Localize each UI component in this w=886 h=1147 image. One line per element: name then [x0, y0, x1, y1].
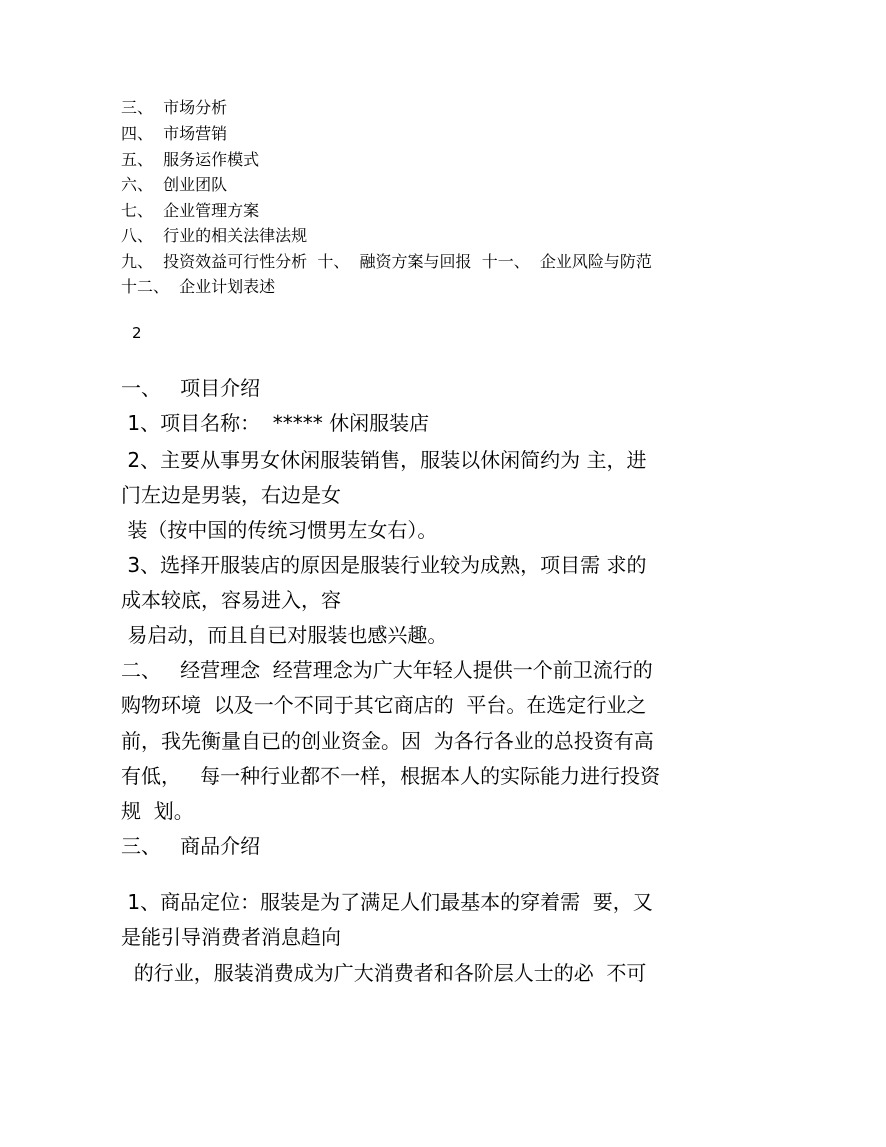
paragraph-line: 易启动，而且自已对服装也感兴趣。 [121, 625, 447, 645]
page-number: 2 [132, 326, 142, 341]
toc-item: 八、 行业的相关法律法规 [121, 228, 307, 244]
paragraph-line: 的行业，服装消费成为广大消费者和各阶层人士的必 不可 [121, 963, 646, 983]
paragraph-line: 购物环境 以及一个不同于其它商店的 平台。在选定行业之 [121, 695, 646, 715]
paragraph-line: 有低， 每一种行业都不一样，根据本人的实际能力进行投资 [121, 766, 660, 786]
section-heading: 一、 项目介绍 [121, 378, 260, 398]
paragraph-line: 成本较底，容易进入，容 [121, 590, 341, 610]
toc-item: 五、 服务运作模式 [121, 152, 259, 168]
paragraph-line: 1、项目名称： ***** 休闲服装店 [121, 413, 429, 433]
toc-item: 三、 市场分析 [121, 100, 227, 116]
toc-item: 四、 市场营销 [121, 126, 227, 142]
paragraph-line: 装（按中国的传统习惯男左女右）。 [121, 520, 437, 540]
paragraph-line: 前，我先衡量自已的创业资金。因 为各行各业的总投资有高 [121, 731, 654, 751]
section-heading: 三、 商品介绍 [121, 836, 260, 856]
paragraph-line: 2、主要从事男女休闲服装销售，服装以休闲简约为 主，进 [121, 450, 646, 470]
toc-item: 六、 创业团队 [121, 177, 227, 193]
paragraph-line: 规 划。 [121, 801, 194, 821]
toc-item: 十二、 企业计划表述 [121, 279, 275, 295]
paragraph-line: 3、选择开服装店的原因是服装行业较为成熟，项目需 求的 [121, 555, 646, 575]
toc-item: 九、 投资效益可行性分析 十、 融资方案与回报 十一、 企业风险与防范 [121, 254, 652, 270]
paragraph-line: 是能引导消费者消息趋向 [121, 927, 341, 947]
paragraph-line: 1、商品定位：服装是为了满足人们最基本的穿着需 要，又 [121, 892, 653, 912]
toc-item: 七、 企业管理方案 [121, 203, 259, 219]
paragraph-line: 门左边是男装，右边是女 [121, 485, 341, 505]
paragraph-line: 二、 经营理念 经营理念为广大年轻人提供一个前卫流行的 [121, 660, 653, 680]
